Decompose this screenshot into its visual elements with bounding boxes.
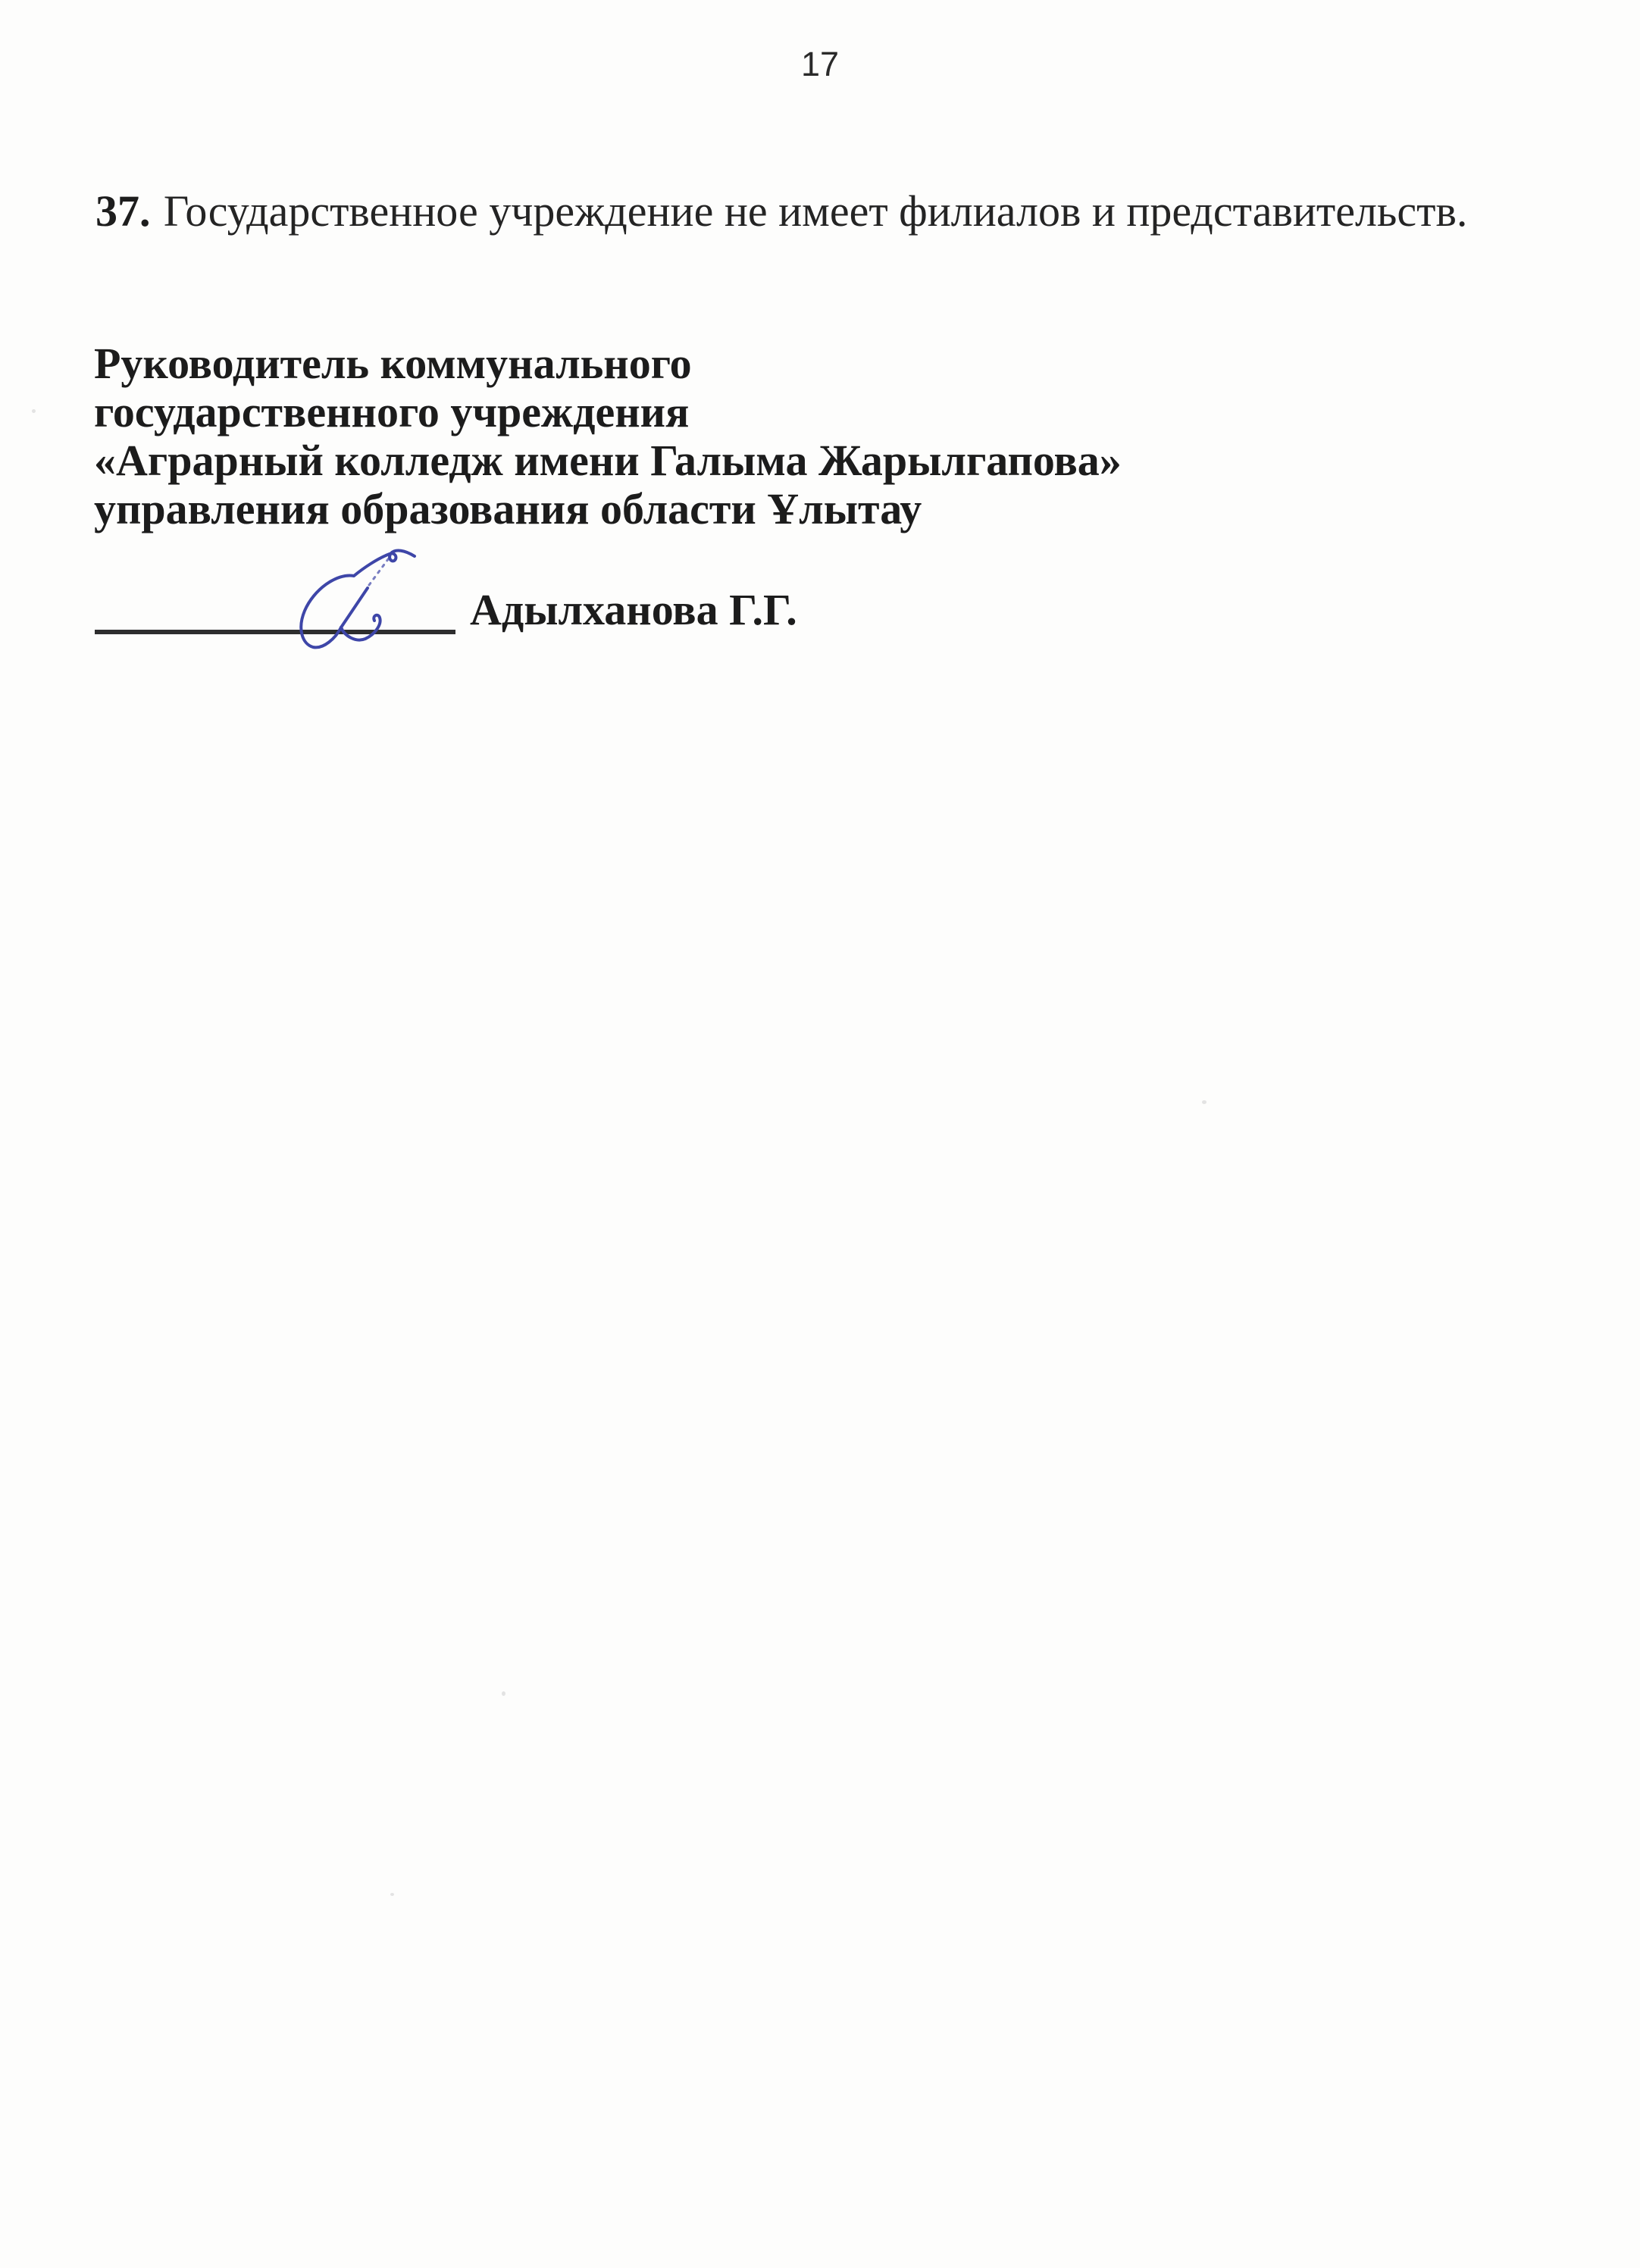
scan-speck xyxy=(502,1691,505,1696)
clause-text: Государственное учреждение не имеет фили… xyxy=(164,186,1467,236)
scan-speck xyxy=(32,409,36,413)
scan-speck xyxy=(390,1893,394,1896)
handwritten-signature-icon xyxy=(290,540,433,653)
signatory-title-line: Руководитель коммунального xyxy=(94,339,1382,388)
signatory-title-line: государственного учреждения xyxy=(94,388,1382,436)
clause-37-paragraph: 37.Государственное учреждение не имеет ф… xyxy=(95,187,1581,236)
scan-speck xyxy=(1202,1100,1207,1104)
signatory-title-line: управления образования области Ұлытау xyxy=(94,485,1382,533)
scanned-document-page: 17 37.Государственное учреждение не имее… xyxy=(0,0,1640,2268)
page-number: 17 xyxy=(0,47,1640,81)
signatory-title-line: «Аграрный колледж имени Галыма Жарылгапо… xyxy=(94,436,1382,485)
clause-number: 37. xyxy=(95,186,151,236)
signatory-title-block: Руководитель коммунального государственн… xyxy=(94,339,1382,533)
signatory-name: Адылханова Г.Г. xyxy=(470,588,797,632)
